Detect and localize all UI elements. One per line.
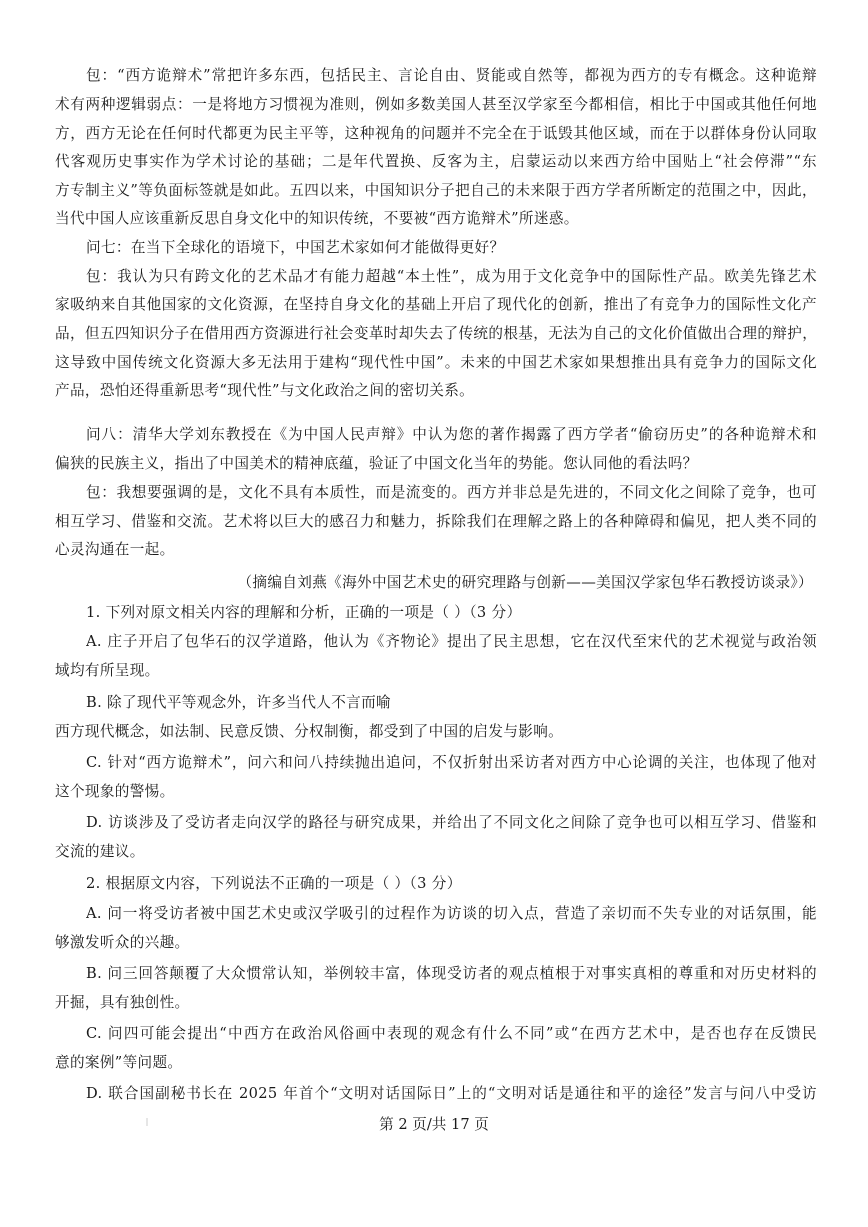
question-1-option-d-cont: 交流的建议。 [55, 837, 817, 866]
paragraph-line: 代客观历史事实作为学术讨论的基础；二是年代置换、反客为主，启蒙运动以来西方给中国… [55, 147, 817, 176]
question-2-option-b-cont: 开掘，具有独创性。 [55, 988, 817, 1017]
question-1-stem: 1. 下列对原文相关内容的理解和分析，正确的一项是（ ）（3 分） [86, 598, 817, 627]
question-2-option-a: A. 问一将受访者被中国艺术史或汉学吸引的过程作为访谈的切入点，营造了亲切而不失… [86, 899, 817, 928]
question-1-option-a-cont: 域均有所呈现。 [55, 656, 817, 685]
paragraph-line: 方专制主义”等负面标签就是如此。五四以来，中国知识分子把自己的未来限于西方学者所… [55, 176, 817, 205]
interview-question-7: 问七：在当下全球化的语境下，中国艺术家如何才能做得更好？ [86, 233, 817, 262]
paragraph-line: 品，但五四知识分子在借用西方资源进行社会变革时却失去了传统的根基，无法为自己的文… [55, 319, 817, 348]
paragraph-line: 产品，恐怕还得重新思考“现代性”与文化政治之间的密切关系。 [55, 376, 817, 405]
question-1-option-c: C. 针对“西方诡辩术”，问六和问八持续抛出追问，不仅折射出采访者对西方中心论调… [86, 748, 817, 777]
paragraph-line: 相互学习、借鉴和交流。艺术将以巨大的感召力和魅力，拆除我们在理解之路上的各种障碍… [55, 507, 817, 536]
paragraph-line: 方，西方无论在任何时代都更为民主平等，这种视角的问题并不完全在于诋毁其他区域，而… [55, 119, 817, 148]
question-2-option-a-cont: 够激发听众的兴趣。 [55, 928, 817, 957]
question-2-stem: 2. 根据原文内容，下列说法不正确的一项是（ ）（3 分） [86, 869, 817, 898]
paragraph-line: 包：我认为只有跨文化的艺术品才有能力超越“本土性”，成为用于文化竞争中的国际性产… [86, 262, 817, 291]
paragraph-line: 包：我想要强调的是，文化不具有本质性，而是流变的。西方并非总是先进的，不同文化之… [86, 478, 817, 507]
exam-page: 包：“西方诡辩术”常把许多东西，包括民主、言论自由、贤能或自然等，都视为西方的专… [0, 0, 868, 1227]
question-1-option-a: A. 庄子开启了包华石的汉学道路，他认为《齐物论》提出了民主思想，它在汉代至宋代… [86, 627, 817, 656]
question-2-option-b: B. 问三回答颠覆了大众惯常认知，举例较丰富，体现受访者的观点植根于对事实真相的… [86, 959, 817, 988]
question-1-option-c-cont: 这个现象的警惕。 [55, 777, 817, 806]
page-number-footer: 第 2 页/共 17 页 [0, 1112, 868, 1138]
question-2-option-c-cont: 意的案例”等问题。 [55, 1048, 817, 1077]
paragraph-line: 这导致中国传统文化资源大多无法用于建构“现代性中国”。未来的中国艺术家如果想推出… [55, 348, 817, 377]
paragraph-line: 术有两种逻辑弱点：一是将地方习惯视为准则，例如多数美国人甚至汉学家至今都相信，相… [55, 90, 817, 119]
question-1-option-d: D. 访谈涉及了受访者走向汉学的路径与研究成果，并给出了不同文化之间除了竞争也可… [86, 808, 817, 837]
question-2-option-d: D. 联合国副秘书长在 2025 年首个“文明对话国际日”上的“文明对话是通往和… [86, 1079, 817, 1108]
interview-question-8: 问八：清华大学刘东教授在《为中国人民声辩》中认为您的著作揭露了西方学者“偷窃历史… [86, 420, 817, 449]
paragraph-line: 家吸纳来自其他国家的文化资源，在坚持自身文化的基础上开启了现代化的创新，推出了有… [55, 290, 817, 319]
question-1-option-b-cont: 西方现代概念，如法制、民意反馈、分权制衡，都受到了中国的启发与影响。 [55, 717, 817, 746]
source-attribution: （摘编自刘燕《海外中国艺术史的研究理路与创新——美国汉学家包华石教授访谈录》） [55, 568, 813, 597]
question-2-option-c: C. 问四可能会提出“中西方在政治风俗画中表现的观念有什么不同”或“在西方艺术中… [86, 1019, 817, 1048]
question-1-option-b: B. 除了现代平等观念外，许多当代人不言而喻 [86, 688, 817, 717]
paragraph-line: 当代中国人应该重新反思自身文化中的知识传统，不要被“西方诡辩术”所迷惑。 [55, 204, 817, 233]
paragraph-line: 包：“西方诡辩术”常把许多东西，包括民主、言论自由、贤能或自然等，都视为西方的专… [86, 61, 817, 90]
paragraph-line: 心灵沟通在一起。 [55, 535, 817, 564]
paragraph-line: 偏狭的民族主义，指出了中国美术的精神底蕴，验证了中国文化当年的势能。您认同他的看… [55, 449, 817, 478]
